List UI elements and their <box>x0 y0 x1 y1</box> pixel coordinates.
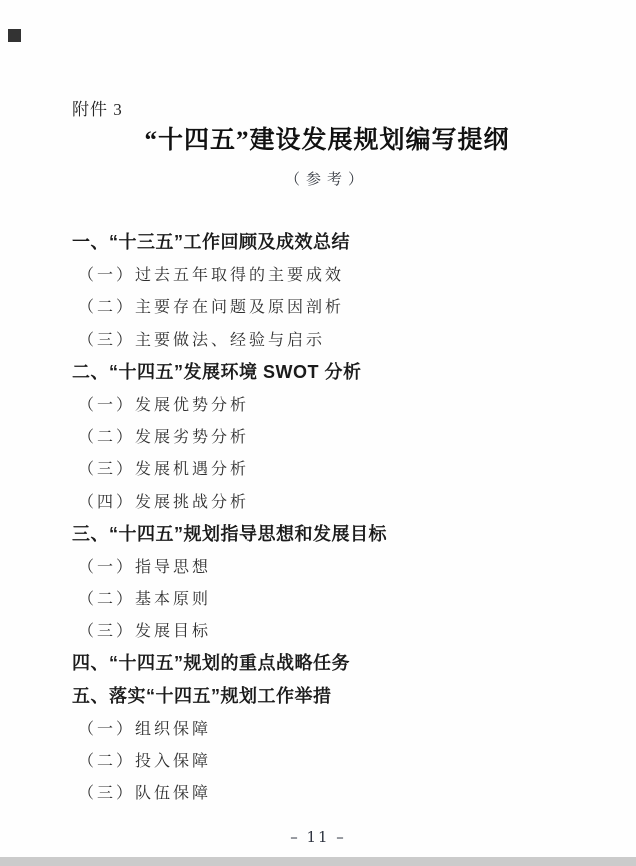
outline-item: （二）主要存在问题及原因剖析 <box>72 290 602 322</box>
outline-item: （三）发展目标 <box>72 614 602 646</box>
outline-item: （二）基本原则 <box>72 581 602 613</box>
outline-heading: 四、“十四五”规划的重点战略任务 <box>72 646 602 678</box>
page-subtitle: （参考） <box>62 169 592 189</box>
outline-item: （四）发展挑战分析 <box>72 484 602 516</box>
outline-item: （二）发展劣势分析 <box>72 419 602 451</box>
outline-list: 一、“十三五”工作回顾及成效总结（一）过去五年取得的主要成效（二）主要存在问题及… <box>72 225 602 808</box>
outline-heading: 五、落实“十四五”规划工作举措 <box>72 678 602 710</box>
outline-item: （一）过去五年取得的主要成效 <box>72 257 602 289</box>
outline-item: （一）指导思想 <box>72 549 602 581</box>
outline-heading: 二、“十四五”发展环境 SWOT 分析 <box>72 355 602 387</box>
outline-item: （三）发展机遇分析 <box>72 452 602 484</box>
outline-item: （一）发展优势分析 <box>72 387 602 419</box>
outline-heading: 一、“十三五”工作回顾及成效总结 <box>72 225 602 257</box>
outline-item: （一）组织保障 <box>72 711 602 743</box>
outline-heading: 三、“十四五”规划指导思想和发展目标 <box>72 517 602 549</box>
attachment-label: 附件 3 <box>72 100 123 120</box>
scan-artifact-bar <box>0 857 636 866</box>
document-page: 附件 3 “十四五”建设发展规划编写提纲 （参考） 一、“十三五”工作回顾及成效… <box>0 0 636 866</box>
outline-item: （三）队伍保障 <box>72 776 602 808</box>
scan-artifact-square <box>8 29 21 42</box>
outline-item: （二）投入保障 <box>72 743 602 775</box>
outline-item: （三）主要做法、经验与启示 <box>72 322 602 354</box>
page-title: “十四五”建设发展规划编写提纲 <box>62 124 592 158</box>
page-number: – 11 – <box>0 827 636 847</box>
